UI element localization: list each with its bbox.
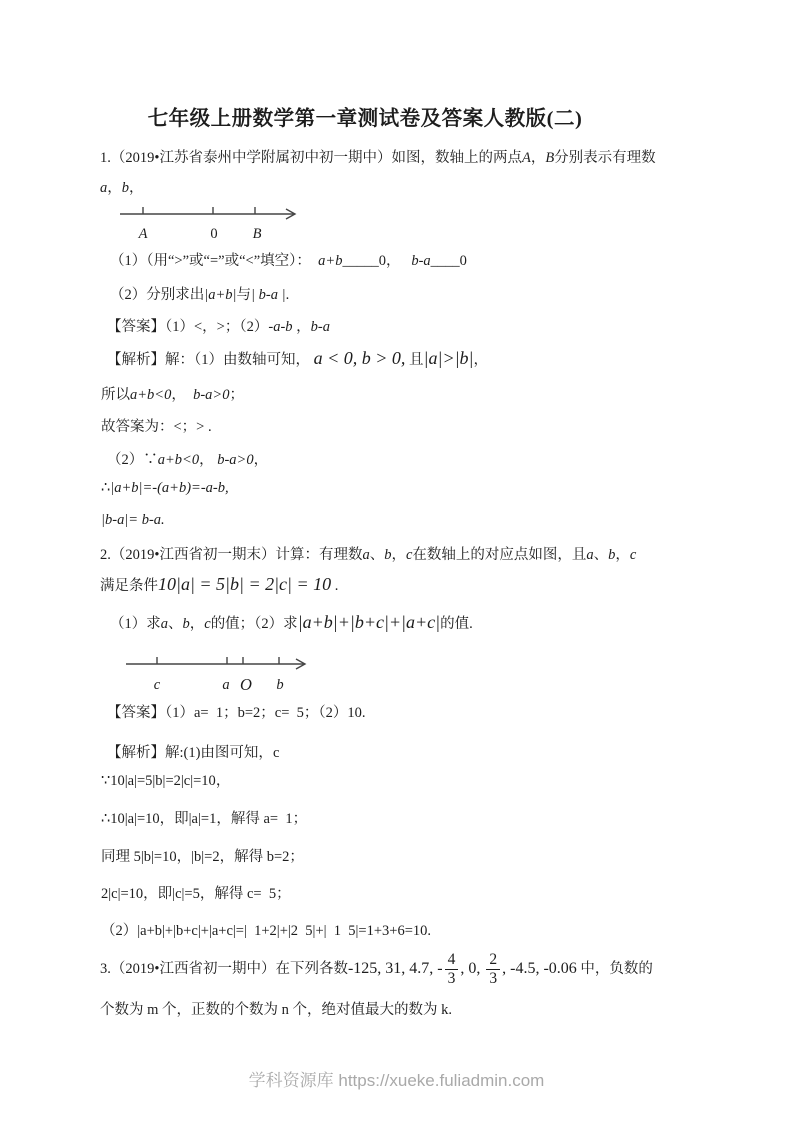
q1-intro-line: 1.（2019•江苏省泰州中学附属初中初一期中）如图，数轴上的两点A，B分别表示… <box>100 148 656 169</box>
q1-vars-line: a，b， <box>100 178 144 199</box>
watermark-footer: 学科资源库 https://xueke.fuliadmin.com <box>0 1066 793 1091</box>
document-page: 七年级上册数学第一章测试卷及答案人教版(二) 1.（2019•江苏省泰州中学附属… <box>0 0 793 1122</box>
numberline2-label-c: c <box>154 677 161 693</box>
q2-items-line: （1）求a、b，c的值；（2）求|a+b|+|b+c|+|a+c|的值. <box>110 612 473 635</box>
q2-analysis-line-3: ∴10|a|=10，即|a|=1，解得 a= 1； <box>101 809 307 830</box>
q2-analysis-line-2: ∵10|a|=5|b|=2|c|=10， <box>101 771 230 792</box>
numberline2-label-O: O <box>240 675 252 694</box>
numberline1-label-A: A <box>138 226 148 242</box>
fraction-denominator: 3 <box>445 970 459 988</box>
q2-analysis-line-5: 2|c|=10，即|c|=5，解得 c= 5； <box>101 884 291 905</box>
q3-text-before-frac1: 3.（2019•江西省初一期中）在下列各数-125, 31, 4.7, - <box>100 958 443 980</box>
q3-text-after-frac2: , -4.5, -0.06 中，负数的 <box>502 958 653 980</box>
numberline2-label-a: a <box>222 677 229 693</box>
q1-analysis-line-5: ∴|a+b|=-(a+b)=-a-b, <box>101 478 229 499</box>
q1-item-2: （2）分别求出|a+b|与| b-a |. <box>110 285 289 306</box>
q1-analysis-line-3: 故答案为：<；> . <box>101 417 212 438</box>
q2-analysis-line-6: （2）|a+b|+|b+c|+|a+c|=| 1+2|+|2 5|+| 1 5|… <box>101 921 431 942</box>
number-line-2: c a O b <box>124 651 316 695</box>
q3-line-2: 个数为 m 个，正数的个数为 n 个，绝对值最大的数为 k. <box>100 1000 452 1021</box>
q1-item-1: （1）（用“>”或“=”或“<”填空）： a+b_____0， b-a____0 <box>110 251 467 272</box>
q2-analysis-line-4: 同理 5|b|=10，|b|=2，解得 b=2； <box>101 847 304 868</box>
number-line-1: A 0 B <box>118 201 303 243</box>
q2-condition-line: 满足条件10|a| = 5|b| = 2|c| = 10 . <box>100 574 338 597</box>
q3-text-between-fracs: , 0, <box>460 958 484 980</box>
numberline1-ticks <box>143 207 255 214</box>
q2-intro-line: 2.（2019•江西省初一期末）计算：有理数a、b，c在数轴上的对应点如图，且a… <box>100 545 636 566</box>
fraction-numerator: 4 <box>445 951 459 970</box>
q1-analysis-line-1: 【解析】解：（1）由数轴可知， a < 0, b > 0, 且|a|>|b|， <box>107 348 488 371</box>
numberline2-ticks <box>157 657 279 664</box>
q2-answer-line: 【答案】（1）a= 1；b=2；c= 5；（2）10. <box>107 703 366 724</box>
q3-intro-line: 3.（2019•江西省初一期中）在下列各数-125, 31, 4.7, - 43… <box>100 948 653 990</box>
q2-analysis-line-1: 【解析】解:(1)由图可知，c <box>107 743 279 764</box>
fraction-denominator: 3 <box>486 970 500 988</box>
numberline1-label-B: B <box>253 226 262 242</box>
page-title: 七年级上册数学第一章测试卷及答案人教版(二) <box>0 101 730 131</box>
q1-analysis-line-6: |b-a|= b-a. <box>101 510 165 531</box>
q1-analysis-line-4: （2）∵a+b<0， b-a>0， <box>107 450 268 471</box>
fraction-four-thirds: 43 <box>445 951 459 988</box>
q1-analysis-line-2: 所以a+b<0， b-a>0； <box>101 385 244 406</box>
q1-answer-line: 【答案】（1）<，>；（2）-a-b ，b-a <box>107 317 330 338</box>
fraction-two-thirds: 23 <box>486 951 500 988</box>
fraction-numerator: 2 <box>486 951 500 970</box>
numberline1-label-zero: 0 <box>210 226 217 242</box>
numberline2-label-b: b <box>276 677 283 693</box>
